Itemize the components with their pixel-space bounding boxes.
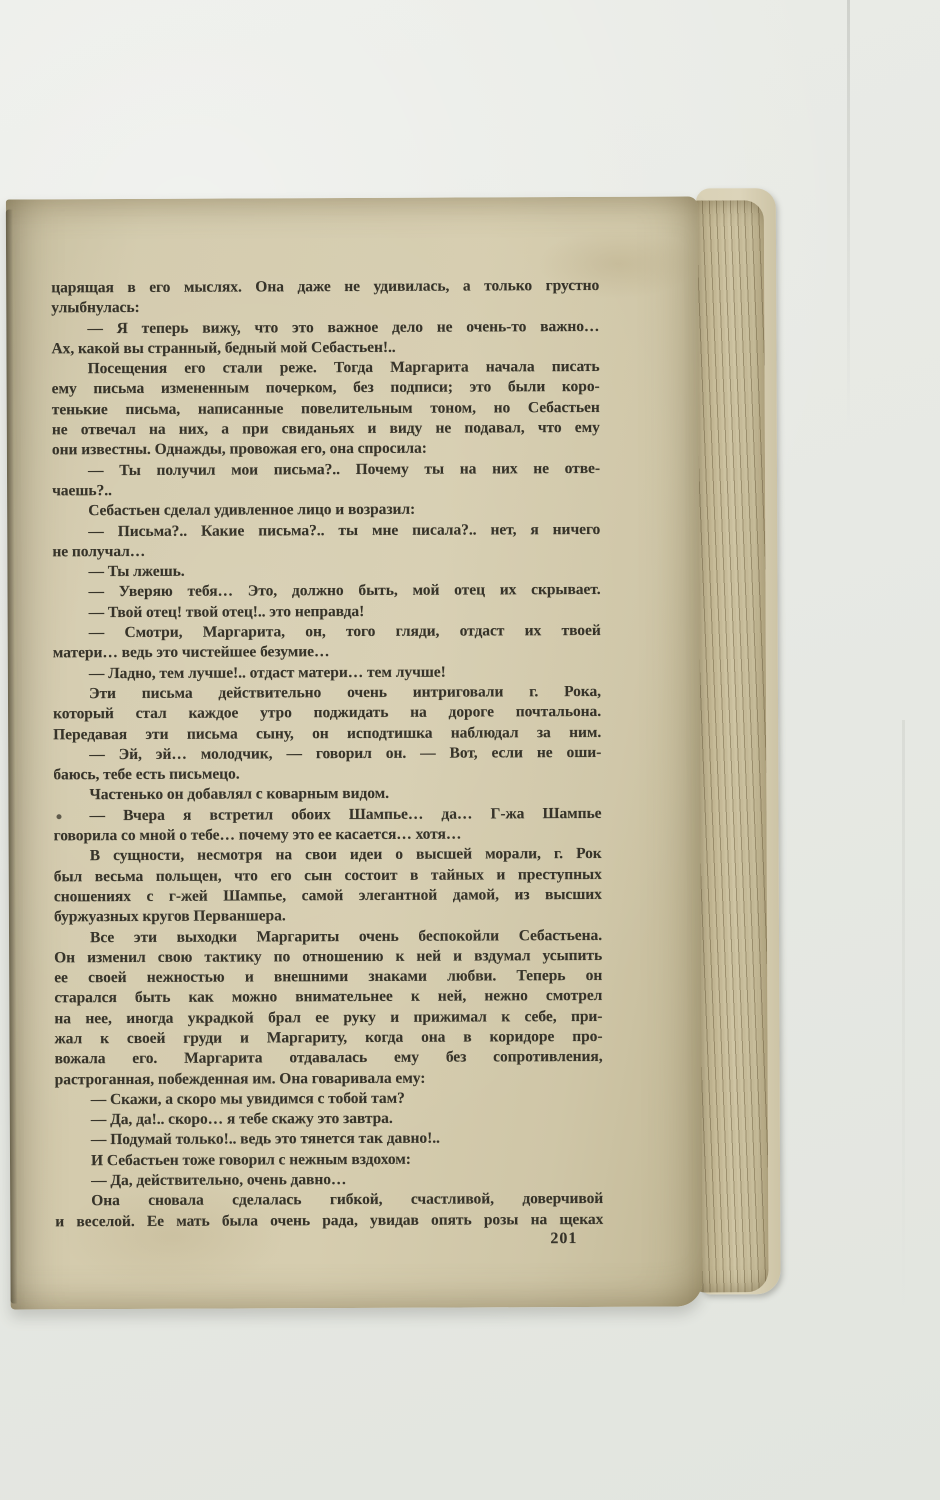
text-line: — Я теперь вижу, что это важное дело не … <box>51 317 599 340</box>
text-line: — Подумай только!.. ведь это тянется так… <box>55 1128 603 1151</box>
text-line: сношениях с г-жей Шампье, самой элегантн… <box>54 885 602 908</box>
text-line: тенькие письма, написанные повелительным… <box>52 398 600 421</box>
text-line: Себастьен сделал удивленное лицо и возра… <box>52 499 600 522</box>
scan-background: царящая в его мыслях. Она даже не удивил… <box>0 0 940 1500</box>
text-line: чаешь?.. <box>52 479 600 502</box>
text-line: — Твой отец! твой отец!.. это неправда! <box>53 601 601 624</box>
text-line: — Смотри, Маргарита, он, того гляди, отд… <box>53 621 601 644</box>
text-line: буржуазных кругов Перваншера. <box>54 905 602 928</box>
text-lines: царящая в его мыслях. Она даже не удивил… <box>51 276 603 1232</box>
text-line: вожала его. Маргарита отдавалась ему без… <box>55 1047 603 1070</box>
text-line: говорила со мной о тебе… почему это ее к… <box>54 824 602 847</box>
text-line: Частенько он добавлял с коварным видом. <box>53 783 601 806</box>
text-line: — Уверяю тебя… Это, должно быть, мой оте… <box>52 580 600 603</box>
text-line: не отвечал на них, а при свиданьях и вид… <box>52 418 600 441</box>
text-line: растроганная, побежденная им. Она говари… <box>55 1067 603 1090</box>
text-line: Все эти выходки Маргариты очень беспокой… <box>54 925 602 948</box>
text-line: Она сновала сделалась гибкой, счастливой… <box>55 1189 603 1212</box>
text-line: улыбнулась: <box>51 296 599 319</box>
text-line: Он изменил свою тактику по отношению к н… <box>54 946 602 969</box>
text-line: — Да, да!.. скоро… я тебе скажу это завт… <box>55 1108 603 1131</box>
page-text: царящая в его мыслях. Она даже не удивил… <box>51 276 603 1232</box>
text-line: Ах, какой вы странный, бедный мой Себаст… <box>51 337 599 360</box>
margin-speck <box>56 814 61 819</box>
text-line: который стал каждое утро поджидать на до… <box>53 702 601 725</box>
text-line: И Себастьен тоже говорил с нежным вздохо… <box>55 1149 603 1172</box>
text-line: ее своей нежностью и внешними знаками лю… <box>54 966 602 989</box>
text-line: — Ладно, тем лучше!.. отдаст матери… тем… <box>53 662 601 685</box>
text-line: баюсь, тебе есть письмецо. <box>53 763 601 786</box>
text-line: — Да, действительно, очень давно… <box>55 1169 603 1192</box>
text-line: Эти письма действительно очень интригова… <box>53 682 601 705</box>
text-line: — Ты лжешь. <box>52 560 600 583</box>
text-line: старался быть как можно внимательнее к н… <box>54 986 602 1009</box>
text-line: на нее, иногда украдкой брал ее руку и п… <box>54 1007 602 1030</box>
text-line: — Вчера я встретил обоих Шампье… да… Г-ж… <box>53 804 601 827</box>
text-line: — Скажи, а скоро мы увидимся с тобой там… <box>55 1088 603 1111</box>
text-line: жал к своей груди и Маргариту, когда она… <box>54 1027 602 1050</box>
text-line: ему письма измененным почерком, без подп… <box>52 377 600 400</box>
text-line: матери… ведь это чистейшее безумие… <box>53 641 601 664</box>
book-page-group: царящая в его мыслях. Она даже не удивил… <box>0 0 940 1500</box>
text-line: царящая в его мыслях. Она даже не удивил… <box>51 276 599 299</box>
page-number: 201 <box>550 1230 610 1248</box>
text-line: Передавая эти письма сыну, он исподтишка… <box>53 722 601 745</box>
text-line: В сущности, несмотря на свои идеи о высш… <box>54 844 602 867</box>
text-line: не получал… <box>52 540 600 563</box>
text-line: — Письма?.. Какие письма?.. ты мне писал… <box>52 519 600 542</box>
text-line: и веселой. Ее мать была очень рада, увид… <box>55 1210 603 1233</box>
text-line: был весьма польщен, что его сын состоит … <box>54 865 602 888</box>
text-line: Посещения его стали реже. Тогда Маргарит… <box>52 357 600 380</box>
text-line: — Ты получил мои письма?.. Почему ты на … <box>52 459 600 482</box>
text-line: — Эй, эй… молодчик, — говорил он. — Вот,… <box>53 743 601 766</box>
text-line: они известны. Однажды, провожая его, она… <box>52 438 600 461</box>
